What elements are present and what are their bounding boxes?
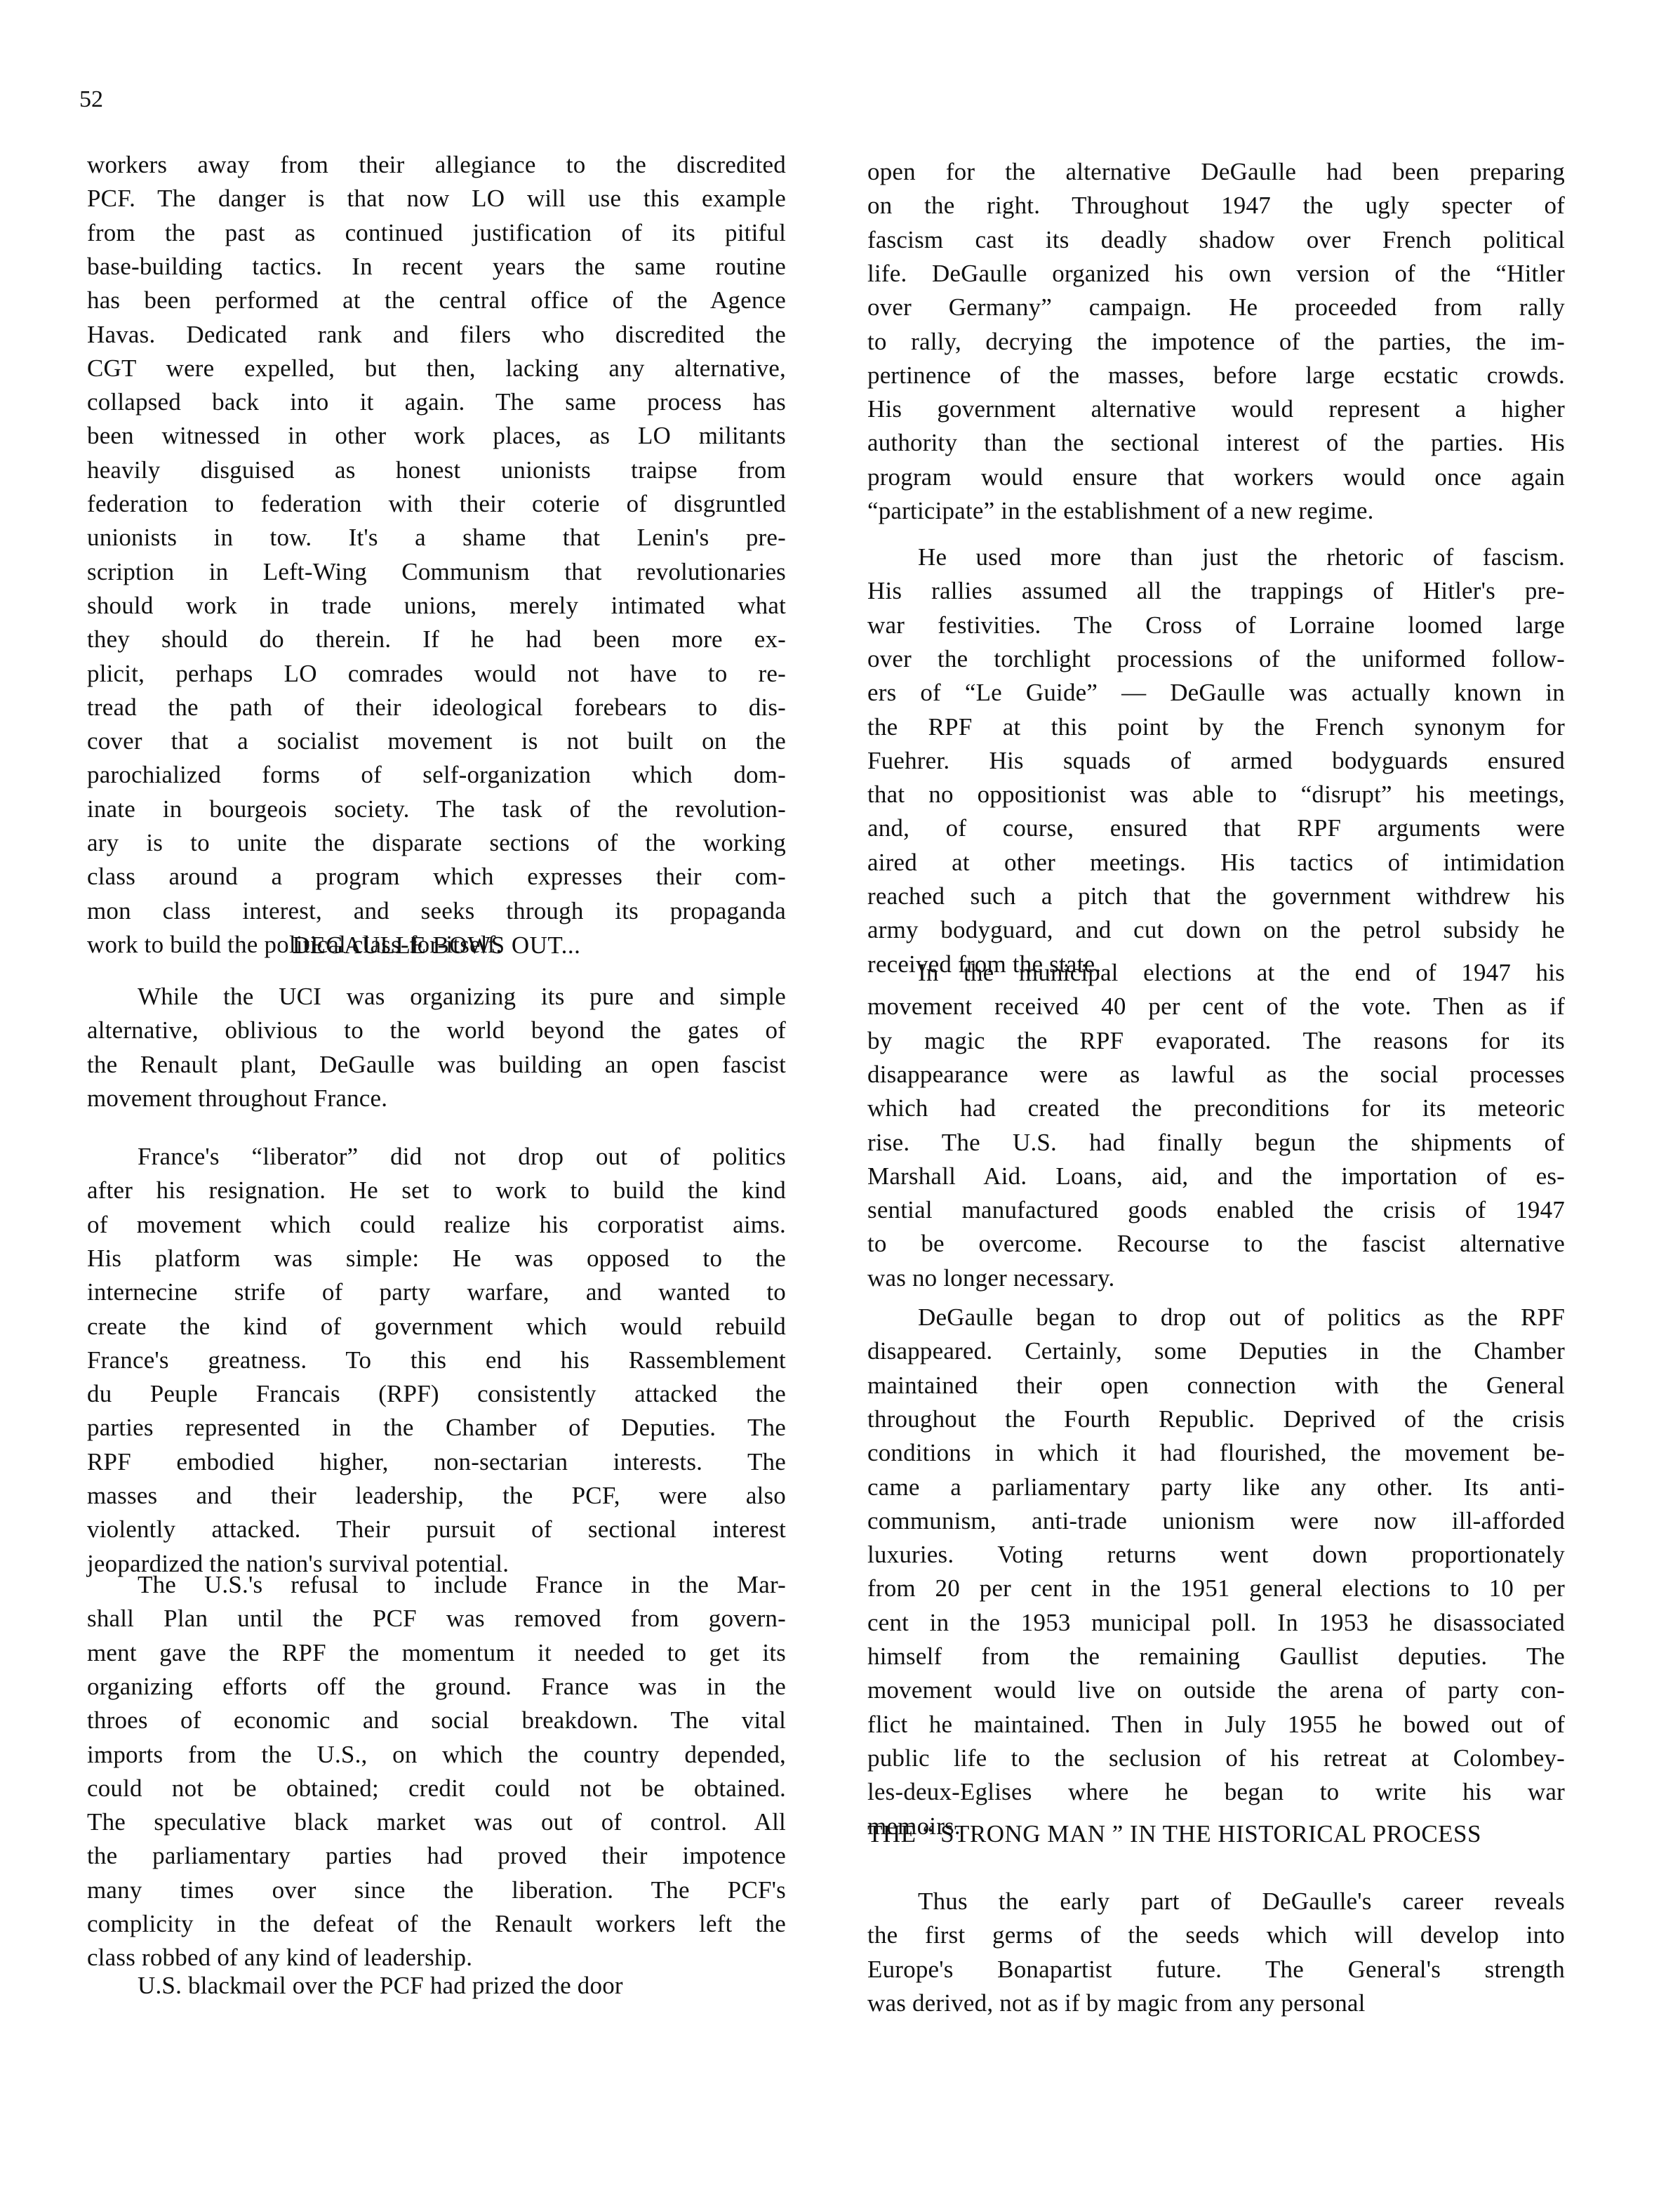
text-line: movement would live on outside the arena…	[867, 1675, 1565, 1706]
text-line: PCF. The danger is that now LO will use …	[87, 183, 786, 214]
text-line: fascism cast its deadly shadow over Fren…	[867, 225, 1565, 256]
text-line: movement received 40 per cent of the vot…	[867, 991, 1565, 1022]
text-line: France's greatness. To this end his Rass…	[87, 1345, 786, 1376]
text-line: aired at other meetings. His tactics of …	[867, 847, 1565, 878]
text-line: army bodyguard, and cut down on the petr…	[867, 915, 1565, 946]
text-line: was derived, not as if by magic from any…	[867, 1988, 1565, 2019]
text-line: France's “liberator” did not drop out of…	[87, 1141, 786, 1172]
text-line: violently attacked. Their pursuit of sec…	[87, 1514, 786, 1545]
text-line: plicit, perhaps LO comrades would not ha…	[87, 658, 786, 689]
text-line: While the UCI was organizing its pure an…	[87, 981, 786, 1012]
text-line: tread the path of their ideological fore…	[87, 692, 786, 723]
text-line: should work in trade unions, merely inti…	[87, 590, 786, 621]
text-line: class robbed of any kind of leadership.	[87, 1942, 786, 1973]
text-line: many times over since the liberation. Th…	[87, 1875, 786, 1906]
text-line: masses and their leadership, the PCF, we…	[87, 1480, 786, 1511]
text-line: the RPF at this point by the French syno…	[867, 712, 1565, 743]
text-line: His rallies assumed all the trappings of…	[867, 576, 1565, 606]
text-line: flict he maintained. Then in July 1955 h…	[867, 1709, 1565, 1740]
text-line: to be overcome. Recourse to the fascist …	[867, 1228, 1565, 1259]
text-line: the parliamentary parties had proved the…	[87, 1840, 786, 1871]
text-line: organizing efforts off the ground. Franc…	[87, 1671, 786, 1702]
text-line: CGT were expelled, but then, lacking any…	[87, 353, 786, 384]
text-line: unionists in tow. It's a shame that Leni…	[87, 522, 786, 553]
section-heading: DEGAULLE BOWS OUT...	[87, 930, 786, 961]
text-line: les-deux-Eglises where he began to write…	[867, 1777, 1565, 1807]
text-line: they should do therein. If he had been m…	[87, 624, 786, 655]
text-line: life. DeGaulle organized his own version…	[867, 258, 1565, 289]
text-line: create the kind of government which woul…	[87, 1311, 786, 1342]
text-line: movement throughout France.	[87, 1083, 786, 1114]
text-line: that no oppositionist was able to “disru…	[867, 779, 1565, 810]
text-line: du Peuple Francais (RPF) consistently at…	[87, 1379, 786, 1409]
text-line: which had created the preconditions for …	[867, 1093, 1565, 1124]
text-line: has been performed at the central office…	[87, 285, 786, 316]
text-line: of movement which could realize his corp…	[87, 1209, 786, 1240]
document-page: 52 workers away from their allegiance to…	[0, 0, 1680, 2209]
text-line: His government alternative would represe…	[867, 394, 1565, 425]
text-line: RPF embodied higher, non-sectarian inter…	[87, 1447, 786, 1478]
text-line: over the torchlight processions of the u…	[867, 644, 1565, 675]
text-line: imports from the U.S., on which the coun…	[87, 1739, 786, 1770]
text-line: ers of “Le Guide” — DeGaulle was actuall…	[867, 677, 1565, 708]
text-line: throes of economic and social breakdown.…	[87, 1705, 786, 1736]
text-line: U.S. blackmail over the PCF had prized t…	[87, 1970, 786, 2001]
text-line: sential manufactured goods enabled the c…	[867, 1195, 1565, 1226]
text-line: been witnessed in other work places, as …	[87, 420, 786, 451]
text-line: cent in the 1953 municipal poll. In 1953…	[867, 1607, 1565, 1638]
text-line: conditions in which it had flourished, t…	[867, 1438, 1565, 1468]
text-line: shall Plan until the PCF was removed fro…	[87, 1603, 786, 1634]
text-line: In the municipal elections at the end of…	[867, 957, 1565, 988]
text-line: could not be obtained; credit could not …	[87, 1773, 786, 1804]
text-line: class around a program which expresses t…	[87, 861, 786, 892]
text-line: rise. The U.S. had finally begun the shi…	[867, 1127, 1565, 1158]
text-line: scription in Left-Wing Communism that re…	[87, 557, 786, 588]
text-line: complicity in the defeat of the Renault …	[87, 1909, 786, 1939]
text-line: was no longer necessary.	[867, 1263, 1565, 1294]
text-line: himself from the remaining Gaullist depu…	[867, 1641, 1565, 1672]
text-line: open for the alternative DeGaulle had be…	[867, 157, 1565, 187]
text-line: The speculative black market was out of …	[87, 1807, 786, 1838]
text-line: after his resignation. He set to work to…	[87, 1175, 786, 1206]
text-line: on the right. Throughout 1947 the ugly s…	[867, 190, 1565, 221]
text-line: authority than the sectional interest of…	[867, 427, 1565, 458]
text-line: from 20 per cent in the 1951 general ele…	[867, 1573, 1565, 1604]
text-line: the Renault plant, DeGaulle was building…	[87, 1049, 786, 1080]
text-line: mon class interest, and seeks through it…	[87, 896, 786, 927]
page-number: 52	[79, 86, 103, 114]
text-line: parochialized forms of self-organization…	[87, 759, 786, 790]
text-line: luxuries. Voting returns went down propo…	[867, 1539, 1565, 1570]
text-line: His platform was simple: He was opposed …	[87, 1243, 786, 1274]
text-line: the first germs of the seeds which will …	[867, 1920, 1565, 1951]
text-line: “participate” in the establishment of a …	[867, 496, 1565, 526]
text-line: inate in bourgeois society. The task of …	[87, 794, 786, 825]
text-line: heavily disguised as honest unionists tr…	[87, 455, 786, 486]
text-line: cover that a socialist movement is not b…	[87, 726, 786, 757]
text-line: disappearance were as lawful as the soci…	[867, 1059, 1565, 1090]
text-line: communism, anti-trade unionism were now …	[867, 1506, 1565, 1537]
text-line: federation to federation with their cote…	[87, 489, 786, 519]
text-line: Marshall Aid. Loans, aid, and the import…	[867, 1161, 1565, 1192]
text-line: war festivities. The Cross of Lorraine l…	[867, 610, 1565, 641]
text-line: pertinence of the masses, before large e…	[867, 360, 1565, 391]
text-line: came a parliamentary party like any othe…	[867, 1472, 1565, 1503]
section-heading: THE “ STRONG MAN ” IN THE HISTORICAL PRO…	[867, 1819, 1481, 1850]
text-line: base-building tactics. In recent years t…	[87, 251, 786, 282]
text-line: Thus the early part of DeGaulle's career…	[867, 1886, 1565, 1917]
text-line: Fuehrer. His squads of armed bodyguards …	[867, 745, 1565, 776]
text-line: ment gave the RPF the momentum it needed…	[87, 1638, 786, 1669]
text-line: parties represented in the Chamber of De…	[87, 1412, 786, 1443]
text-line: program would ensure that workers would …	[867, 462, 1565, 493]
text-line: ary is to unite the disparate sections o…	[87, 828, 786, 858]
text-line: over Germany” campaign. He proceeded fro…	[867, 292, 1565, 323]
text-line: workers away from their allegiance to th…	[87, 150, 786, 180]
text-line: collapsed back into it again. The same p…	[87, 387, 786, 418]
text-line: maintained their open connection with th…	[867, 1370, 1565, 1401]
text-line: disappeared. Certainly, some Deputies in…	[867, 1336, 1565, 1367]
text-line: from the past as continued justification…	[87, 218, 786, 248]
text-line: internecine strife of party warfare, and…	[87, 1277, 786, 1308]
text-line: He used more than just the rhetoric of f…	[867, 542, 1565, 573]
text-line: Europe's Bonapartist future. The General…	[867, 1954, 1565, 1985]
text-line: The U.S.'s refusal to include France in …	[87, 1570, 786, 1600]
text-line: throughout the Fourth Republic. Deprived…	[867, 1404, 1565, 1435]
text-line: reached such a pitch that the government…	[867, 881, 1565, 912]
text-line: to rally, decrying the impotence of the …	[867, 326, 1565, 357]
text-line: alternative, oblivious to the world beyo…	[87, 1015, 786, 1046]
text-line: by magic the RPF evaporated. The reasons…	[867, 1026, 1565, 1056]
text-line: public life to the seclusion of his retr…	[867, 1743, 1565, 1774]
text-line: and, of course, ensured that RPF argumen…	[867, 813, 1565, 844]
text-line: Havas. Dedicated rank and filers who dis…	[87, 319, 786, 350]
text-line: DeGaulle began to drop out of politics a…	[867, 1302, 1565, 1333]
